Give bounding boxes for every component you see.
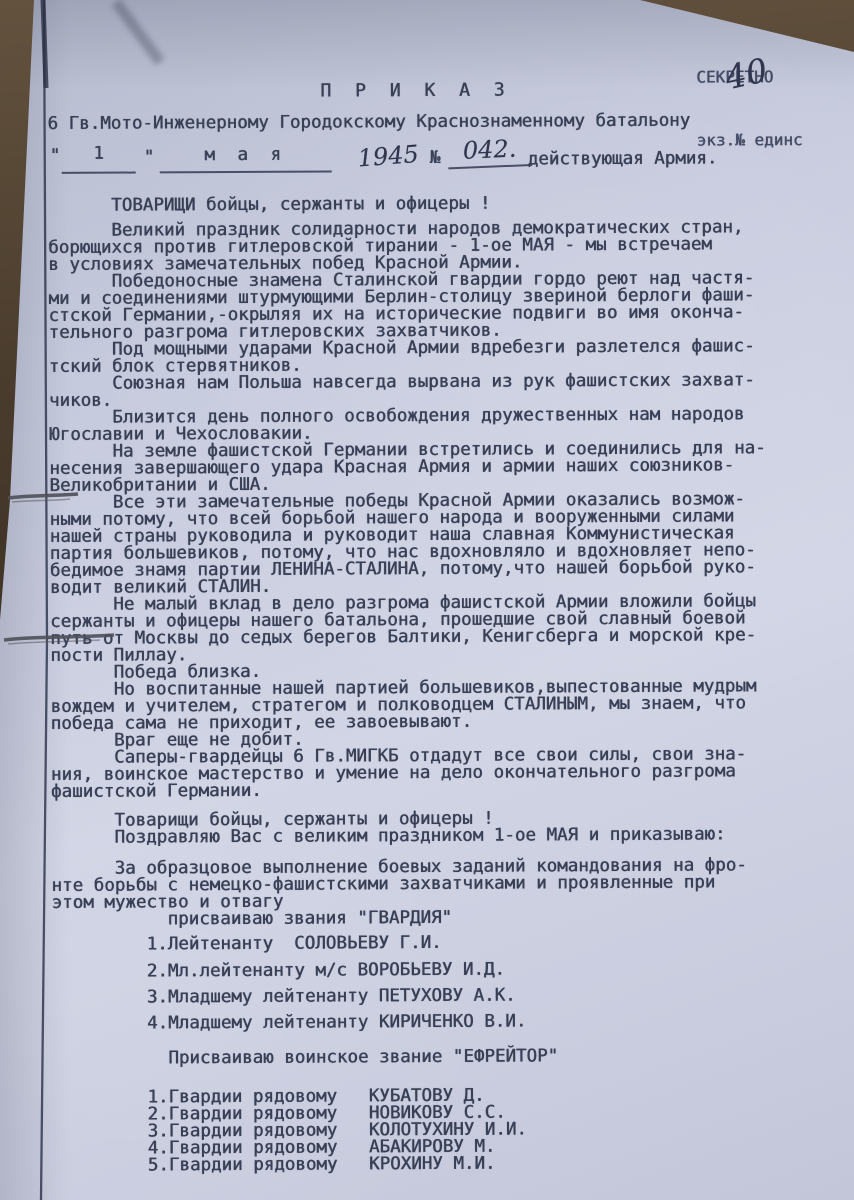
date-close-quote: "	[144, 147, 155, 167]
text-line: 4.Младшему лейтенанту КИРИЧЕНКО В.И.	[52, 1012, 769, 1033]
paragraph-block: Присваиваю воинское звание "ЕФРЕЙТОР"	[52, 1047, 769, 1068]
paragraph-block: 1.Гвардии рядовому КУБАТОВУ Д. 2.Гвардии…	[53, 1086, 770, 1175]
handwritten-year: 1945	[357, 140, 420, 173]
paragraph-block: ТОВАРИЩИ бойцы, сержанты и офицеры !	[48, 194, 765, 215]
paragraph-block: 2.Мл.лейтенанту м/с ВОРОБЬЕВУ И.Д.	[52, 960, 769, 981]
paragraph-block: Великий праздник солидарности народов де…	[48, 219, 767, 801]
date-day: 1	[62, 144, 136, 174]
unit-line: 6 Гв.Мото-Инженерному Городокскому Красн…	[47, 111, 690, 134]
document-body: ТОВАРИЩИ бойцы, сержанты и офицеры ! Вел…	[48, 194, 770, 1175]
paragraph-block: 4.Младшему лейтенанту КИРИЧЕНКО В.И.	[52, 1012, 769, 1033]
paragraph-block: 3.Младшему лейтенанту ПЕТУХОВУ А.К.	[52, 986, 769, 1007]
photo-background: СЕКРЕТНО экз.№ единс 40 П Р И К А З 6 Гв…	[0, 0, 854, 1200]
text-line: Союзная нам Польша навсегда вырвана из р…	[49, 372, 766, 393]
acting-army-note: действующая Армия.	[528, 148, 718, 169]
text-line: Поздравляю Вас с великим праздником 1-ое…	[51, 826, 768, 847]
date-month: м а я	[160, 144, 332, 173]
order-number-sign: №	[430, 148, 441, 168]
document-page: СЕКРЕТНО экз.№ единс 40 П Р И К А З 6 Гв…	[0, 0, 854, 1200]
paragraph-block: 1.Лейтенанту СОЛОВЬЕВУ Г.И.	[52, 933, 769, 954]
text-line: 5.Гвардии рядовому КРОХИНУ М.И.	[53, 1154, 770, 1175]
page-content: СЕКРЕТНО экз.№ единс 40 П Р И К А З 6 Гв…	[0, 0, 854, 1200]
handwritten-order-number: 042.	[447, 134, 532, 169]
text-line: 3.Младшему лейтенанту ПЕТУХОВУ А.К.	[52, 986, 769, 1007]
text-line: 2.Мл.лейтенанту м/с ВОРОБЬЕВУ И.Д.	[52, 960, 769, 981]
document-title: П Р И К А З	[320, 80, 511, 102]
copy-label: экз.№ единс	[697, 129, 803, 151]
text-line: присваиваю звания "ГВАРДИЯ"	[52, 908, 769, 929]
paragraph-block: Товарищи бойцы, сержанты и офицеры ! Поз…	[51, 809, 768, 847]
text-line: Присваиваю воинское звание "ЕФРЕЙТОР"	[52, 1047, 769, 1068]
text-line: 1.Лейтенанту СОЛОВЬЕВУ Г.И.	[52, 933, 769, 954]
date-open-quote: "	[50, 146, 61, 166]
text-line: ТОВАРИЩИ бойцы, сержанты и офицеры !	[48, 194, 765, 215]
text-line: фашистской Германии.	[51, 780, 768, 801]
paragraph-block: За образцовое выполнение боевых заданий …	[51, 857, 768, 929]
